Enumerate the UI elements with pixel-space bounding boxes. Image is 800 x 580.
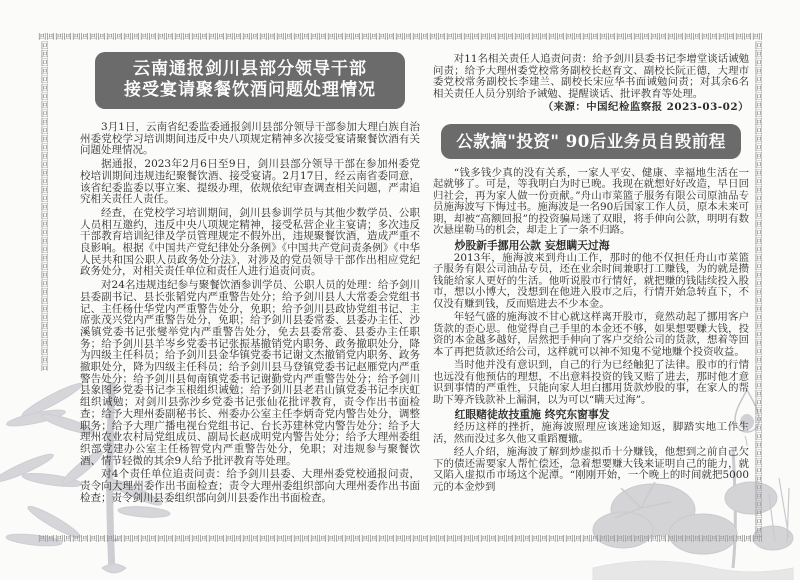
article1-paragraph: 3月1日，云南省纪委监委通报剑川县部分领导干部参加大理白族自治州委党校学习培训期… bbox=[80, 122, 420, 157]
article2-paragraph: 年轻气盛的施海波不甘心就这样离开股市，竟然动起了挪用客户货款的歪心思。他觉得自己… bbox=[433, 312, 749, 358]
article2-subhead-1: 炒股新手挪用公款 妄想瞒天过海 bbox=[433, 240, 749, 252]
article1-continuation-paragraph: 对11名相关责任人追责问责：给予剑川县委书记李增堂谈话诫勉问责；给予大理州委党校… bbox=[433, 54, 749, 100]
meander-border-left-icon: 回回回回回回回回回回回回回回回回回回回回回回回回回回回回回回回回回回回回回回回回… bbox=[38, 41, 48, 371]
article1-paragraph: 经查，在党校学习培训期间，剑川县参训学员与其他少数学员、公职人员相互邀约，违反中… bbox=[80, 208, 420, 278]
article2-paragraph: 经人介绍，施海波了解到炒虚拟币十分赚钱，他想到之前自己欠下的债还需要家人帮忙偿还… bbox=[433, 447, 749, 493]
article2-paragraph: 经历这样的挫折，施海波照理应该迷途知返，脚踏实地工作生活，然而没过多久他又重蹈覆… bbox=[433, 422, 749, 445]
article1-source: （来源：中国纪检监察报 2023-03-02） bbox=[433, 102, 749, 114]
article1-title: 云南通报剑川县部分领导干部 接受宴请聚餐饮酒问题处理情况 bbox=[95, 52, 405, 109]
article2-paragraph: 2013年，施海波来到舟山工作，那时的他不仅担任舟山市菜篮子服务有限公司油品专员… bbox=[433, 253, 749, 311]
article2-subhead-2: 红眼赌徒故技重施 终究东窗事发 bbox=[433, 409, 749, 421]
meander-border-bottom-icon: 回回回回回回回回回回回回回回回回回回回回回回回回回回回回回回回回回回回回回回回回… bbox=[38, 535, 762, 545]
meander-border-right-icon: 回回回回回回回回回回回回回回回回回回回回回回回回回回回回回回回回回回回回回回回回… bbox=[752, 41, 762, 537]
article2-title: 公款搞"投资" 90后业务员自毁前程 bbox=[441, 124, 741, 159]
document-page: 回回回回回回回回回回回回回回回回回回回回回回回回回回回回回回回回回回回回回回回回… bbox=[0, 0, 800, 580]
article1-title-line1: 云南通报剑川县部分领导干部 bbox=[99, 59, 401, 80]
article1-paragraph: 对24名违规违纪参与聚餐饮酒参训学员、公职人员的处理：给予剑川县委副书记、县长张… bbox=[80, 280, 420, 467]
meander-border-top-icon: 回回回回回回回回回回回回回回回回回回回回回回回回回回回回回回回回回回回回回回回回… bbox=[38, 33, 762, 43]
article2-paragraph: 当时他并没有意识到，自己的行为已经触犯了法律。股市的行情也远没有他预估的理想，不… bbox=[433, 360, 749, 406]
article2-intro-paragraph: “钱多钱少真的没有关系，一家人平安、健康、幸福地生活在一起就够了。可是，等我明白… bbox=[433, 168, 749, 237]
article1-paragraph: 据通报，2023年2月6日至9日，剑川县部分领导干部在参加州委党校培训期间违规违… bbox=[80, 159, 420, 206]
article1-title-line2: 接受宴请聚餐饮酒问题处理情况 bbox=[99, 80, 401, 101]
right-column: 对11名相关责任人追责问责：给予剑川县委书记李增堂谈话诫勉问责；给予大理州委党校… bbox=[433, 50, 749, 534]
left-column: 云南通报剑川县部分领导干部 接受宴请聚餐饮酒问题处理情况 3月1日，云南省纪委监… bbox=[80, 52, 420, 534]
article1-paragraph: 对4个责任单位追责问责：给予剑川县委、大理州委党校通报问责，责令向大理州委作出书… bbox=[80, 469, 420, 504]
